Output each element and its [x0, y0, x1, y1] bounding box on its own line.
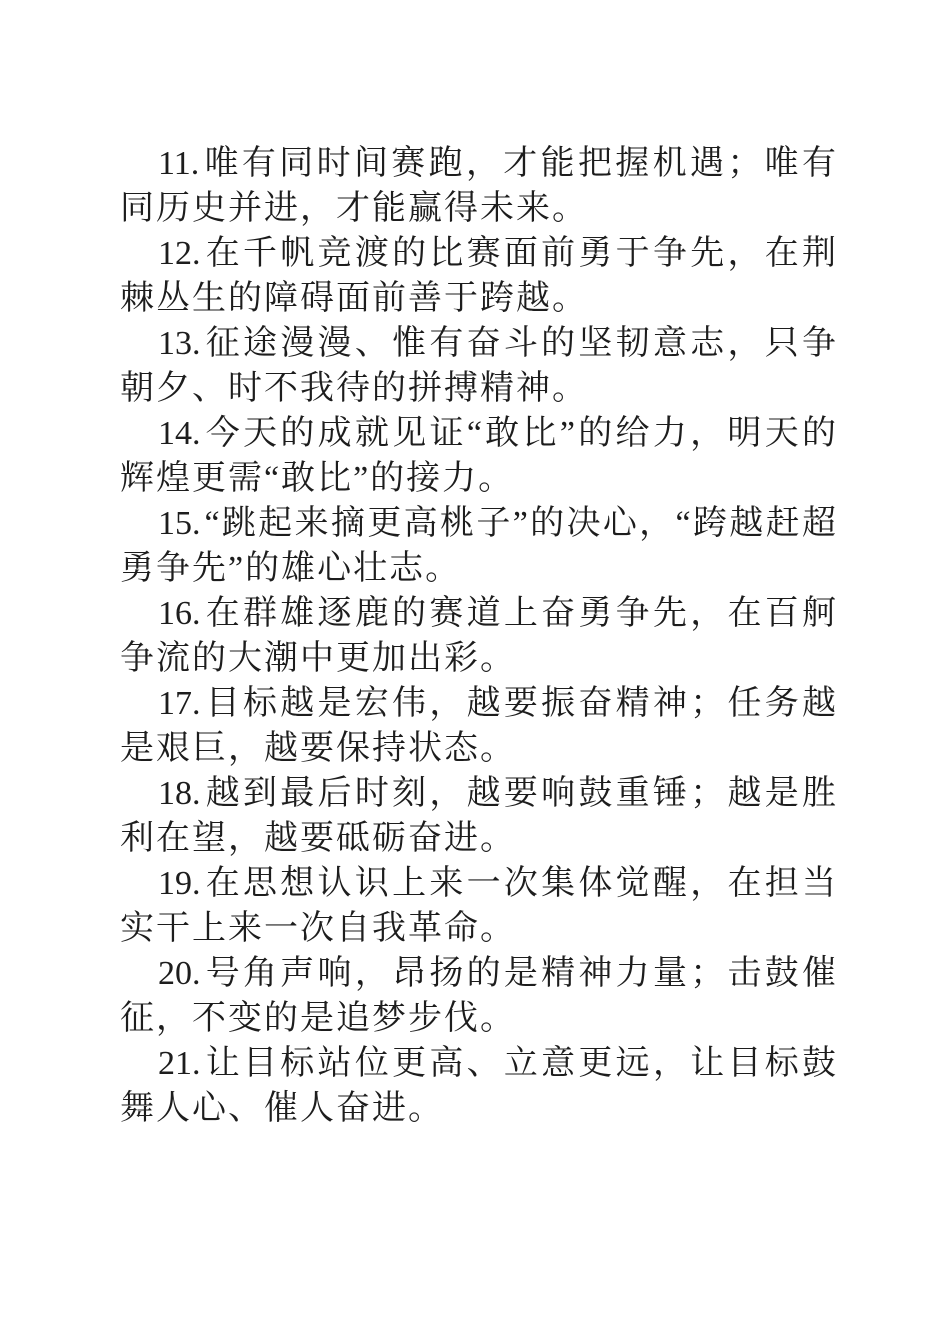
item-number: 17. [158, 685, 201, 722]
item-text: 唯有同时间赛跑，才能把握机遇；唯有同历史并进，才能赢得未来。 [120, 145, 838, 227]
item-number: 16. [158, 595, 201, 632]
item-number: 19. [158, 865, 201, 902]
item-text: 征途漫漫、惟有奋斗的坚韧意志，只争朝夕、时不我待的拼搏精神。 [120, 325, 838, 407]
item-text: 今天的成就见证“敢比”的给力，明天的辉煌更需“敢比”的接力。 [120, 415, 838, 497]
list-item-20: 20.号角声响，昂扬的是精神力量；击鼓催征，不变的是追梦步伐。 [120, 951, 838, 1041]
item-number: 14. [158, 415, 201, 452]
item-text: 在思想认识上来一次集体觉醒，在担当实干上来一次自我革命。 [120, 865, 838, 947]
item-number: 15. [158, 505, 201, 542]
list-item-16: 16.在群雄逐鹿的赛道上奋勇争先，在百舸争流的大潮中更加出彩。 [120, 591, 838, 681]
item-text: 号角声响，昂扬的是精神力量；击鼓催征，不变的是追梦步伐。 [120, 955, 838, 1037]
item-number: 18. [158, 775, 201, 812]
document-page: 11.唯有同时间赛跑，才能把握机遇；唯有同历史并进，才能赢得未来。 12.在千帆… [0, 0, 950, 1344]
item-number: 12. [158, 235, 201, 272]
list-item-13: 13.征途漫漫、惟有奋斗的坚韧意志，只争朝夕、时不我待的拼搏精神。 [120, 321, 838, 411]
list-item-15: 15.“跳起来摘更高桃子”的决心，“跨越赶超勇争先”的雄心壮志。 [120, 501, 838, 591]
list-item-14: 14.今天的成就见证“敢比”的给力，明天的辉煌更需“敢比”的接力。 [120, 411, 838, 501]
item-number: 21. [158, 1045, 201, 1082]
item-text: 目标越是宏伟，越要振奋精神；任务越是艰巨，越要保持状态。 [120, 685, 838, 767]
list-item-17: 17.目标越是宏伟，越要振奋精神；任务越是艰巨，越要保持状态。 [120, 681, 838, 771]
list-item-11: 11.唯有同时间赛跑，才能把握机遇；唯有同历史并进，才能赢得未来。 [120, 141, 838, 231]
item-number: 13. [158, 325, 201, 362]
item-text: 让目标站位更高、立意更远，让目标鼓舞人心、催人奋进。 [120, 1045, 838, 1127]
item-number: 11. [158, 145, 199, 182]
item-text: 在千帆竞渡的比赛面前勇于争先，在荆棘丛生的障碍面前善于跨越。 [120, 235, 838, 317]
item-text: 在群雄逐鹿的赛道上奋勇争先，在百舸争流的大潮中更加出彩。 [120, 595, 838, 677]
item-text: “跳起来摘更高桃子”的决心，“跨越赶超勇争先”的雄心壮志。 [120, 505, 838, 587]
item-number: 20. [158, 955, 201, 992]
list-item-21: 21.让目标站位更高、立意更远，让目标鼓舞人心、催人奋进。 [120, 1041, 838, 1131]
item-text: 越到最后时刻，越要响鼓重锤；越是胜利在望，越要砥砺奋进。 [120, 775, 838, 857]
list-item-12: 12.在千帆竞渡的比赛面前勇于争先，在荆棘丛生的障碍面前善于跨越。 [120, 231, 838, 321]
list-item-19: 19.在思想认识上来一次集体觉醒，在担当实干上来一次自我革命。 [120, 861, 838, 951]
list-item-18: 18.越到最后时刻，越要响鼓重锤；越是胜利在望，越要砥砺奋进。 [120, 771, 838, 861]
